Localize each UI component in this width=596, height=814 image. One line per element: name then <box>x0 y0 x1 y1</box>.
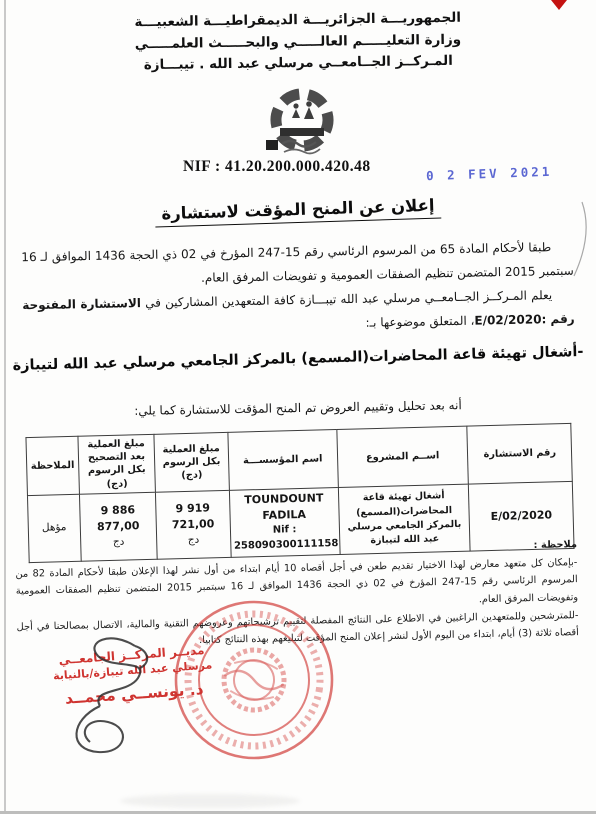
letterhead: الجمهوريـــة الجزائريـــة الديمقراطيـــة… <box>0 6 596 79</box>
project-subject: -أشغال تهيئة قاعة المحاضرات(المسمع) بالم… <box>12 344 583 374</box>
amount-value: 9 919 721,00 <box>159 500 226 534</box>
notes-label: ملاحظة : <box>534 539 578 551</box>
intro-row: أنه بعد تحليل وتقييم العروض تم المنح الم… <box>0 392 596 421</box>
date-stamp: 0 2 FEV 2021 <box>426 164 553 183</box>
subject-row: -أشغال تهيئة قاعة المحاضرات(المسمع) بالم… <box>0 341 596 375</box>
title-row: إعلان عن المنح المؤقت لاستشارة <box>0 191 596 233</box>
scan-smudge <box>120 794 300 808</box>
document-title: إعلان عن المنح المؤقت لاستشارة <box>155 196 441 228</box>
paragraph-legal-basis: طبقا لأحكام المادة 65 من المرسوم الرئاسي… <box>21 240 574 285</box>
body-paragraphs: طبقا لأحكام المادة 65 من المرسوم الرئاسي… <box>21 235 575 342</box>
col-remark: الملاحظة <box>26 436 79 495</box>
col-company-name: اسم المؤسســـة <box>228 430 338 491</box>
paragraph-announce-tail: ، المتعلق موضوعها بـ: <box>365 314 474 330</box>
col-amount: مبلغ العملية بكل الرسوم (دج) <box>154 432 229 492</box>
scanned-document-page: الجمهوريـــة الجزائريـــة الديمقراطيـــة… <box>0 0 596 814</box>
paragraph-announce: يعلم المـركــز الجــامعــي مرسلي عبد الل… <box>141 288 553 310</box>
col-amount-corrected: مبلغ العملية بعد التصحيح بكل الرسوم (دج) <box>78 434 156 494</box>
amount-corrected-value: 9 886 877,00 <box>83 502 153 536</box>
col-project-name: اســم المشروع <box>337 426 469 487</box>
company-name: TOUNDOUNT FADILA <box>233 491 336 526</box>
col-consultation-no: رقم الاستشارة <box>467 423 572 484</box>
handwritten-signature <box>40 628 190 763</box>
award-intro: أنه بعد تحليل وتقييم العروض تم المنح الم… <box>134 398 462 418</box>
university-logo <box>254 88 350 164</box>
nif-number: NIF : 41.20.200.000.420.48 <box>183 158 371 176</box>
